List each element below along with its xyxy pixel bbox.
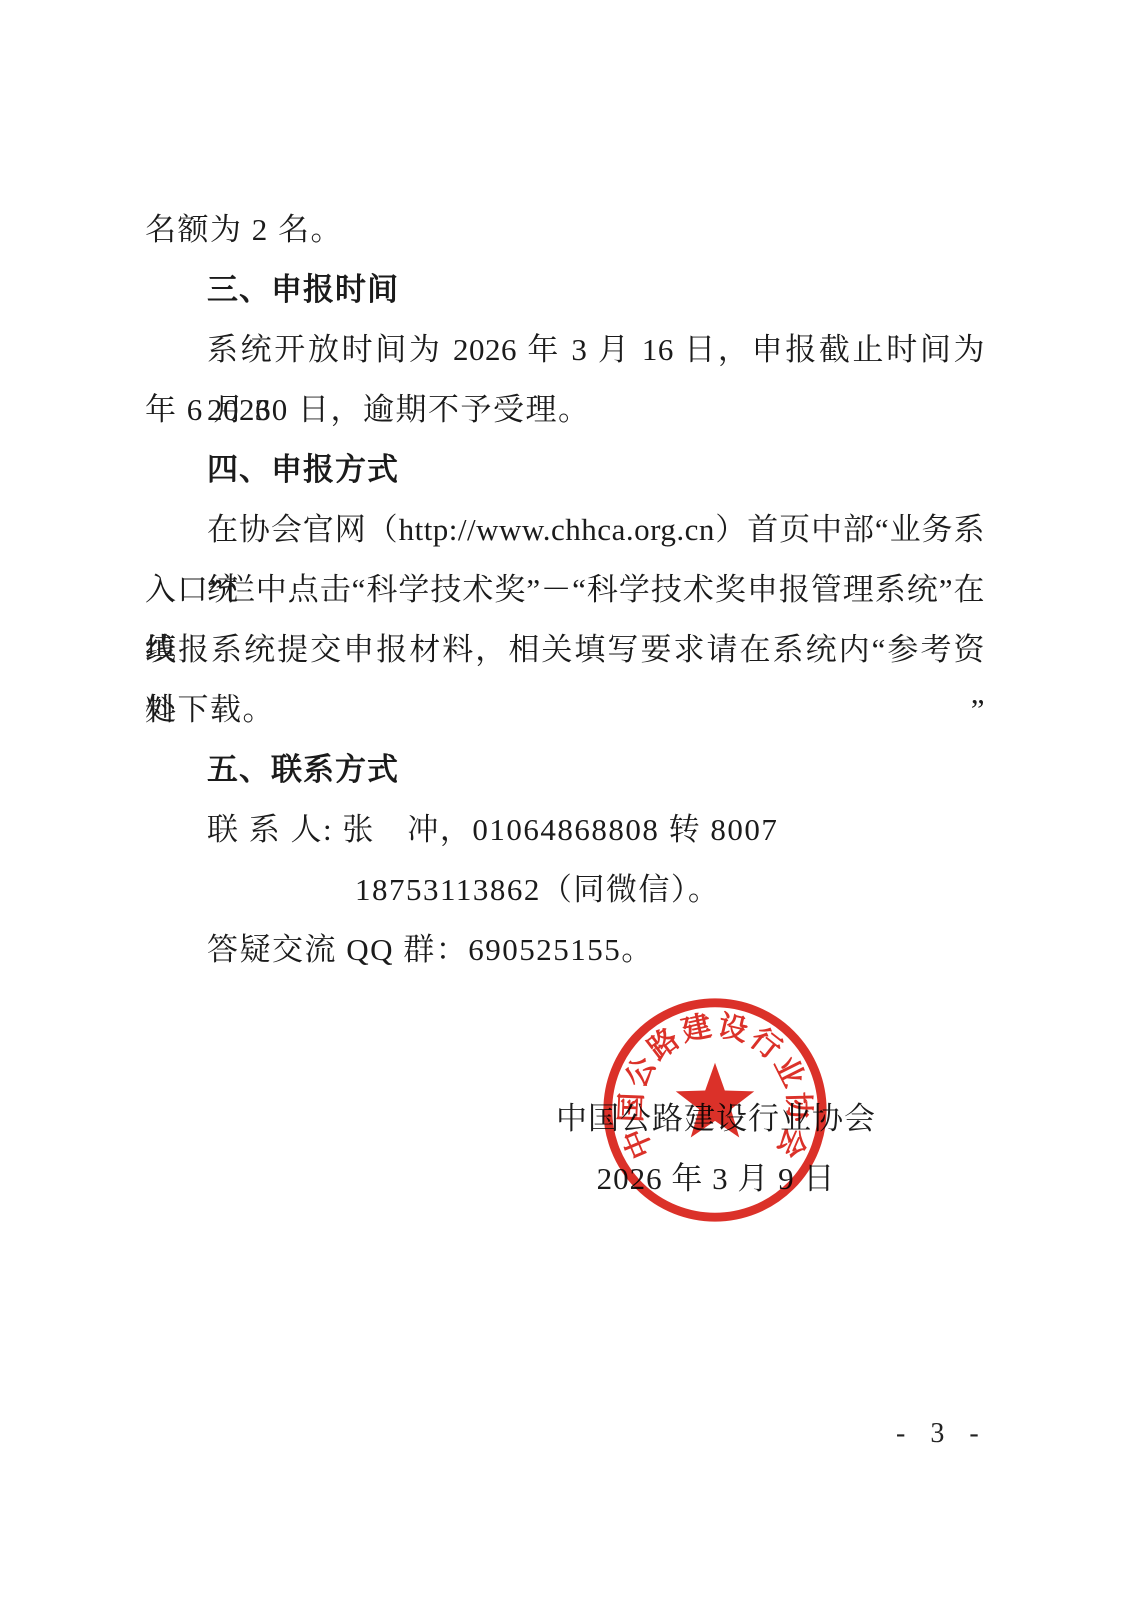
- text-line: 联 系 人: 张 冲，01064868808 转 8007: [145, 800, 985, 860]
- section-heading: 五、联系方式: [145, 740, 985, 800]
- signature-date: 2026 年 3 月 9 日: [480, 1149, 952, 1209]
- section-heading: 四、申报方式: [145, 440, 985, 500]
- text-line: 系统开放时间为 2026 年 3 月 16 日，申报截止时间为 2026: [145, 320, 985, 380]
- signature-block: 中国公路建设行业协会 2026 年 3 月 9 日: [480, 1089, 952, 1209]
- section-heading: 三、申报时间: [145, 260, 985, 320]
- text-line: 入口”栏中点击“科学技术奖”－“科学技术奖申报管理系统”在线: [145, 560, 985, 620]
- page-number: - 3 -: [896, 1418, 988, 1450]
- signature-org-name: 中国公路建设行业协会: [480, 1089, 952, 1149]
- text-line: 填报系统提交申报材料，相关填写要求请在系统内“参考资料”: [145, 620, 985, 680]
- text-line: 名额为 2 名。: [145, 200, 985, 260]
- text-line: 在协会官网（http://www.chhca.org.cn）首页中部“业务系统: [145, 500, 985, 560]
- text-line: 答疑交流 QQ 群：690525155。: [145, 920, 985, 980]
- text-line: 年 6 月 30 日，逾期不予受理。: [145, 380, 985, 440]
- text-line: 18753113862（同微信）。: [145, 860, 985, 920]
- document-body: 名额为 2 名。三、申报时间系统开放时间为 2026 年 3 月 16 日，申报…: [145, 200, 985, 980]
- document-page: 名额为 2 名。三、申报时间系统开放时间为 2026 年 3 月 16 日，申报…: [0, 0, 1132, 1600]
